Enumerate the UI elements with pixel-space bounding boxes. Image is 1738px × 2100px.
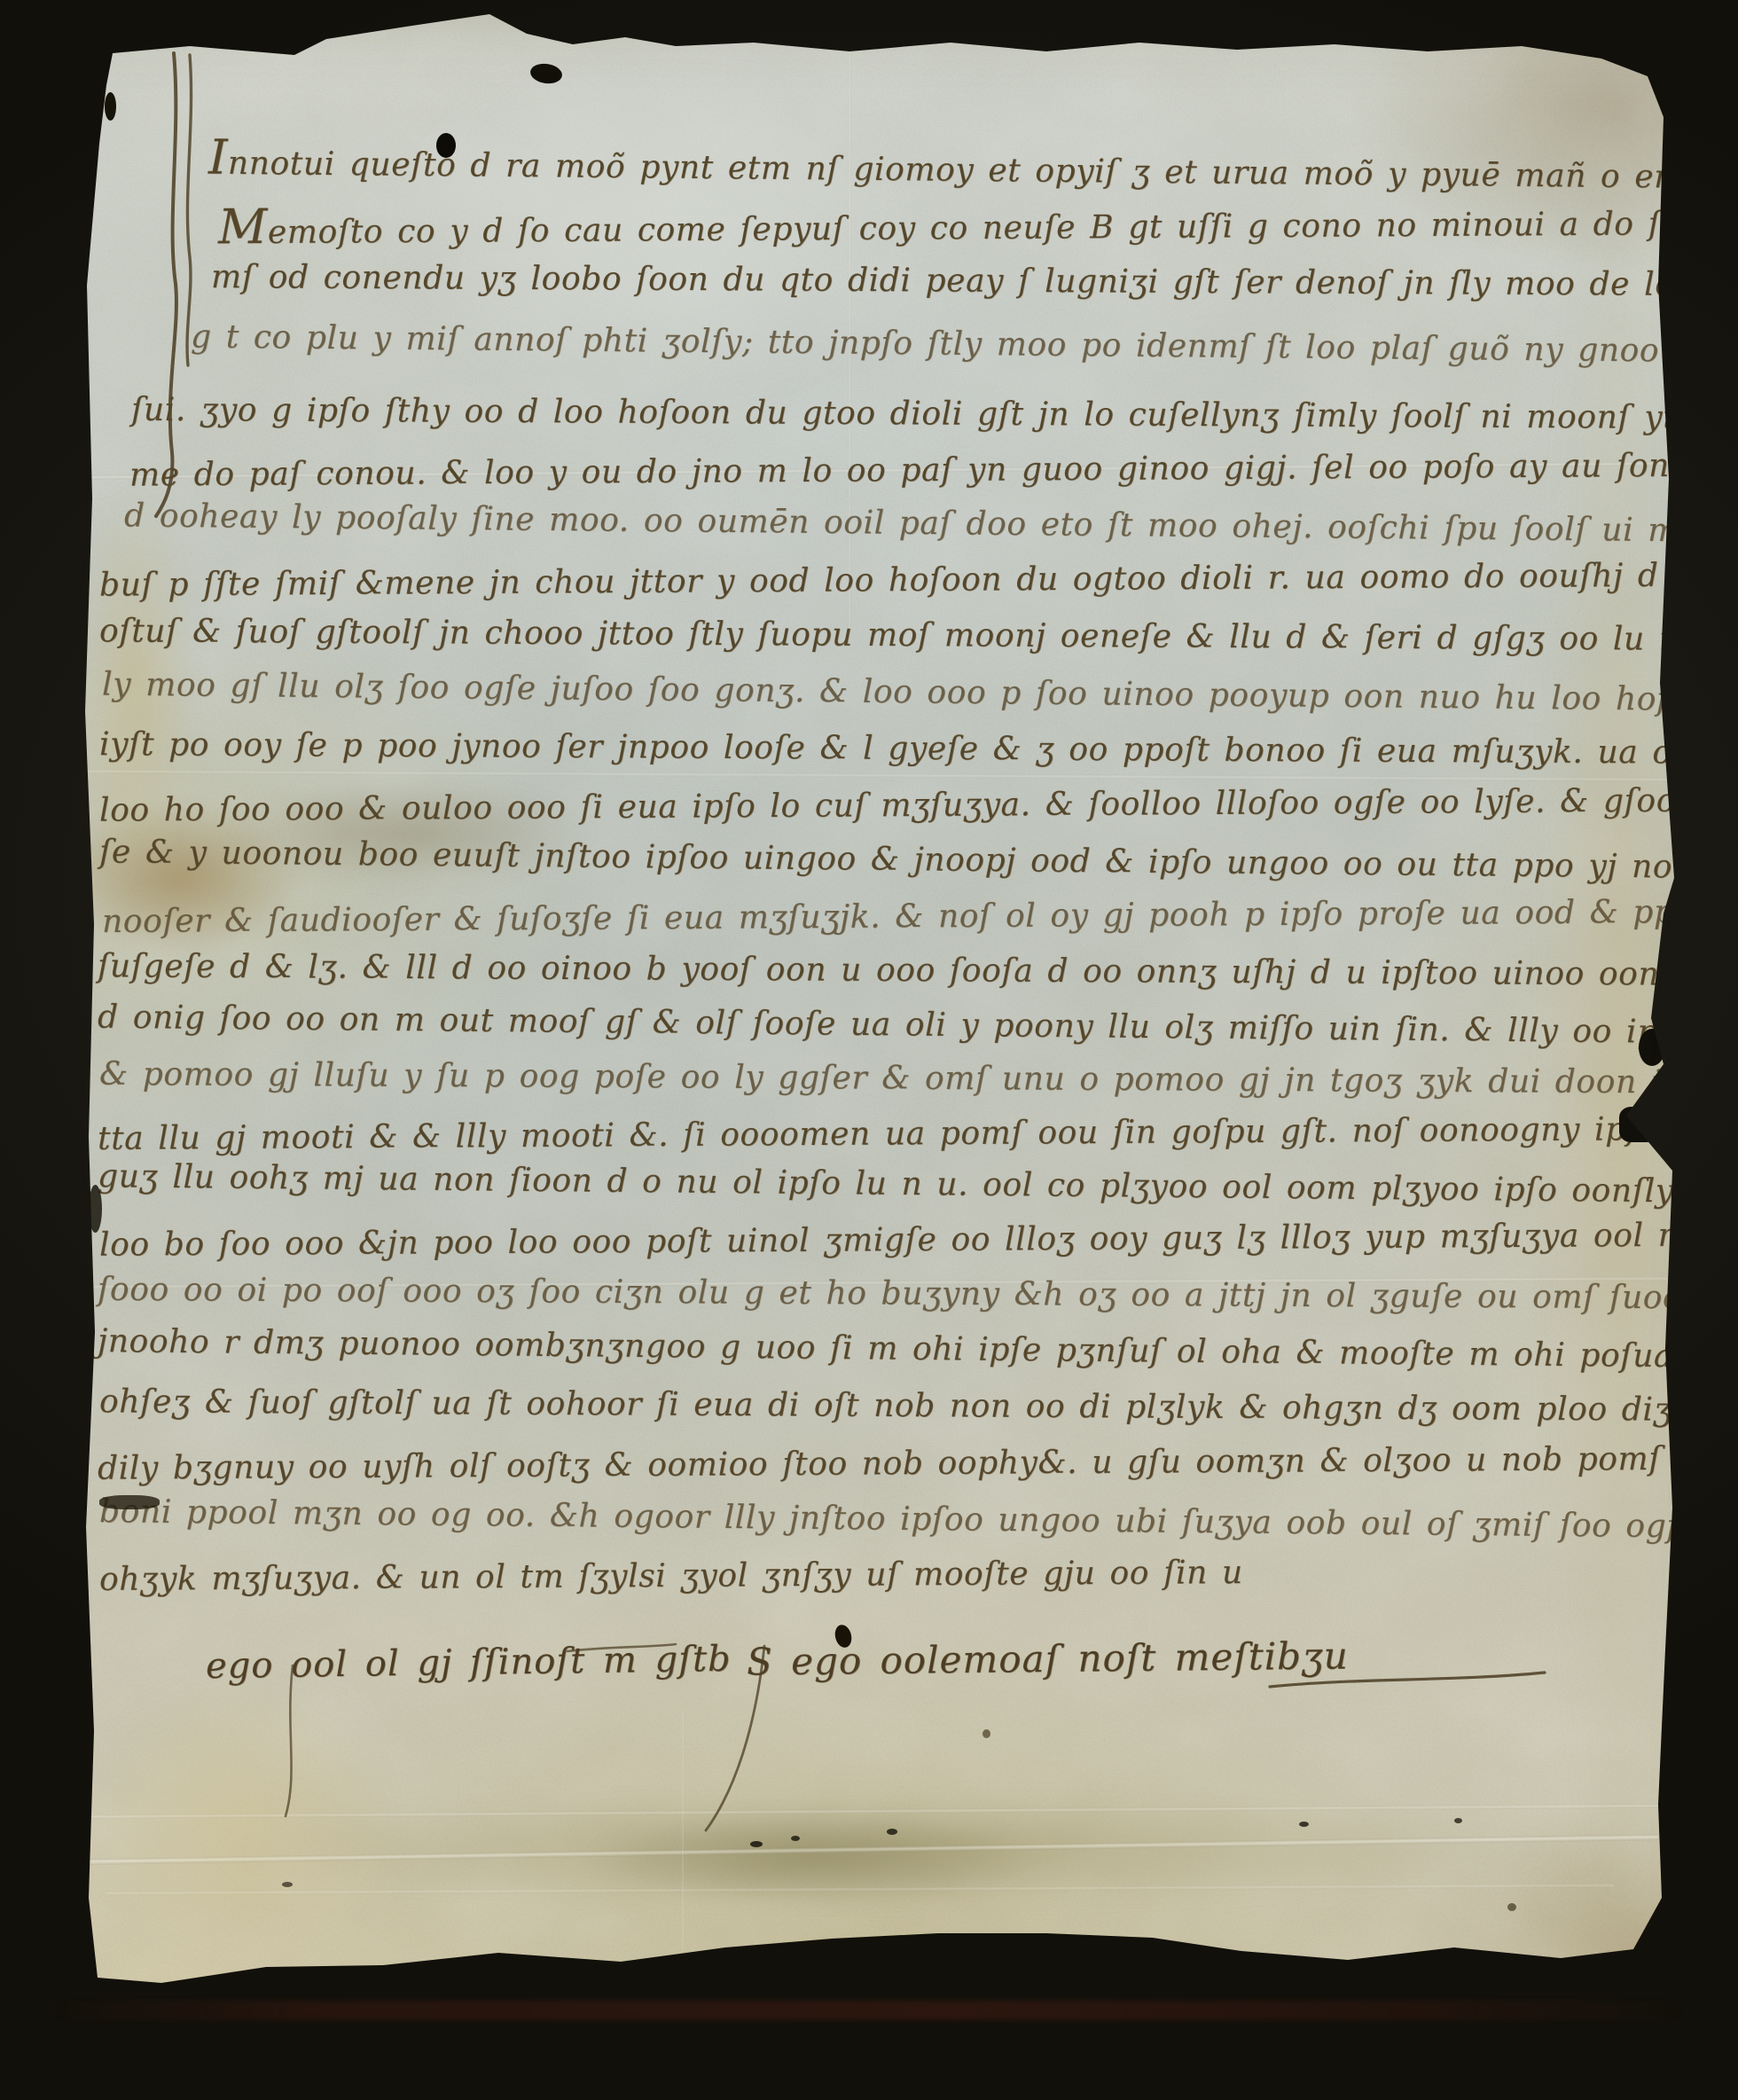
background-red-streak (0, 2001, 1738, 2020)
photo-of-parchment-charter: Innotui queſto d ra moõ pynt etm nſ giom… (0, 0, 1738, 2100)
parchment-edge-shading (0, 0, 1738, 2100)
parchment-sheet: Innotui queſto d ra moõ pynt etm nſ giom… (0, 0, 1738, 2100)
